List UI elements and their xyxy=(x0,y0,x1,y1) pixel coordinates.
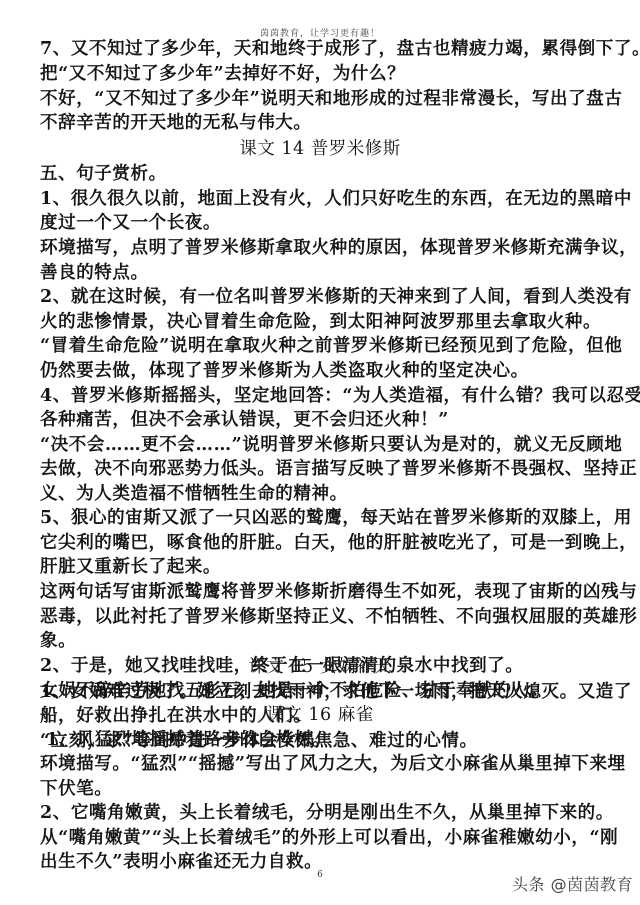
text-line: 善良的特点。 xyxy=(40,262,615,284)
text-line: “冒着生命危险”说明在拿取火种之前普罗米修斯已经预见到了危险，但他 xyxy=(40,335,615,357)
text-line: 恶毒，以此衬托了普罗米修斯坚持正义、不怕牺牲、不向强权屈服的英雄形 xyxy=(40,606,615,628)
text-line: 环境描写，点明了普罗米修斯拿取火种的原因，体现普罗米修斯充满争议， xyxy=(40,237,615,259)
text-line: 从“嘴角嫩黄”“头上长着绒毛”的外形上可以看出，小麻雀稚嫩幼小，“刚 xyxy=(40,827,615,849)
text-line: 义、为人类造福不惜牺牲生命的精神。 xyxy=(40,483,615,505)
text-line: 环境描写。“猛烈”“摇撼”写出了风力之大，为后文小麻雀从巢里掉下来埋 xyxy=(40,753,615,775)
text-line: 它尖利的嘴巴，啄食他的肝脏。白天，他的肝脏被吃光了，可是一到晚上， xyxy=(40,532,615,554)
text-line: 7、又不知过了多少年，天和地终于成形了，盘古也精疲力竭，累得倒下了。 xyxy=(40,38,615,60)
lesson-title: 课文 16 麻雀 xyxy=(0,704,640,726)
text-line: 5、狠心的宙斯又派了一只凶恶的鹫鹰，每天站在普罗米修斯的双膝上，用 xyxy=(40,507,615,529)
text-line: 五、句子赏析。 xyxy=(40,163,615,185)
text-line: 把“又不知过了多少年”去掉好不好，为什么？ xyxy=(40,63,615,85)
text-line: 4、普罗米修斯摇摇头，坚定地回答：“为人类造福，有什么错？我可以忍受 xyxy=(40,385,615,407)
lesson-title: 课文 14 普罗米修斯 xyxy=(0,138,640,160)
text-line: 度过一个又一个长夜。 xyxy=(40,212,615,234)
text-line: 2、就在这时候，有一位名叫普罗米修斯的天神来到了人间，看到人类没有 xyxy=(40,286,615,308)
text-line: 下伏笔。 xyxy=(40,778,615,800)
text-line: 不好，“又不知过了多少年”说明天和地形成的过程非常漫长，写出了盘古 xyxy=(40,88,615,110)
text-line: 女娲不辞辛劳地找五彩石，她是一个不怕危险、甘于奉献的人。 xyxy=(40,680,615,702)
text-line: 2、于是，她又找哇找哇，终于在一眼清清的泉水中找到了。 xyxy=(40,655,615,677)
text-line: 火的悲惨情景，决心冒着生命危险，到太阳神阿波罗那里去拿取火种。 xyxy=(40,311,615,333)
text-line: “决不会……更不会……”说明普罗米修斯只要认为是对的，就义无反顾地 xyxy=(40,434,615,456)
text-line: 这两句话写宙斯派鹫鹰将普罗米修斯折磨得生不如死，表现了宙斯的凶残与 xyxy=(40,581,615,603)
text-line: 象。 xyxy=(40,630,615,652)
text-line: 2、它嘴角嫩黄，头上长着绒毛，分明是刚出生不久，从巢里掉下来的。 xyxy=(40,802,615,824)
text-line: 1、很久很久以前，地面上没有火，人们只好吃生的东西，在无边的黑暗中 xyxy=(40,188,615,210)
text-line: 仍然要去做，体现了普罗米修斯为人类盗取火种的坚定决心。 xyxy=(40,360,615,382)
text-line: 去做，决不向邪恶势力低头。语言描写反映了普罗米修斯不畏强权、坚持正 xyxy=(40,458,615,480)
text-line: 肝脏又重新长了起来。 xyxy=(40,556,615,578)
text-line: 各种痛苦，但决不会承认错误，更不会归还火种！” xyxy=(40,409,615,431)
watermark: 头条 @茵茵教育 xyxy=(512,872,633,895)
text-line: 1、风猛烈地摇撼着路旁的白桦树。 xyxy=(46,729,621,751)
text-line: 不辞辛苦的开天地的无私与伟大。 xyxy=(40,112,615,134)
